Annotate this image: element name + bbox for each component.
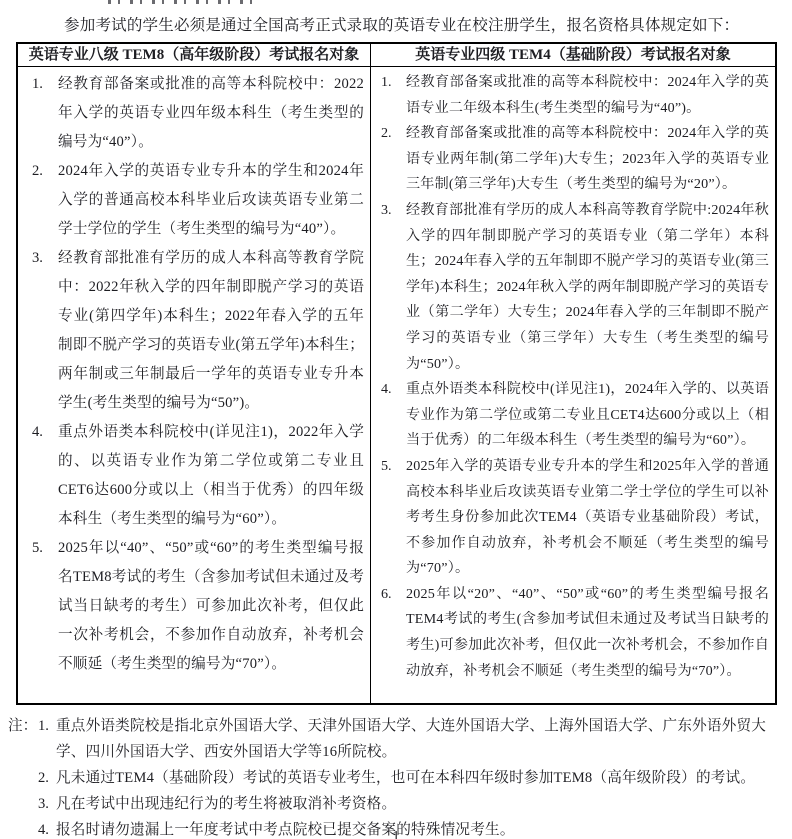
item-text: 经教育部备案或批准的高等本科院校中：2022年入学的英语专业四年级本科生（考生类… <box>58 70 364 157</box>
notes-label: 注： <box>8 713 38 839</box>
note-item-3: 3. 凡在考试中出现违纪行为的考生将被取消补考资格。 <box>38 791 777 817</box>
note-text: 凡未通过TEM4（基础阶段）考试的英语专业考生，也可在本科四年级时参加TEM8（… <box>56 765 777 791</box>
tem8-column-header: 英语专业八级 TEM8（高年级阶段）考试报名对象 <box>18 44 370 67</box>
item-number: 4. <box>32 418 58 447</box>
item-number: 2. <box>381 121 406 147</box>
note-item-2: 2. 凡未通过TEM4（基础阶段）考试的英语专业考生，也可在本科四年级时参加TE… <box>38 765 777 791</box>
tem8-column: 英语专业八级 TEM8（高年级阶段）考试报名对象 1. 经教育部备案或批准的高等… <box>18 44 371 703</box>
notes-section: 注： 1. 重点外语类院校是指北京外国语大学、天津外国语大学、大连外国语大学、上… <box>8 713 777 839</box>
item-text: 重点外语类本科院校中(详见注1)，2024年入学的、以英语专业作为第二学位或第二… <box>406 377 769 454</box>
tem4-item-2: 2. 经教育部备案或批准的高等本科院校中：2024年入学的英语专业两年制(第二学… <box>371 121 769 198</box>
note-number: 3. <box>38 791 56 817</box>
note-number: 1. <box>38 713 56 739</box>
document-page: 参加考试的学生必须是通过全国高考正式录取的英语专业在校注册学生，报名资格具体规定… <box>0 0 792 839</box>
item-text: 2024年入学的英语专业专升本的学生和2024年入学的普通高校本科毕业后攻读英语… <box>58 157 364 244</box>
note-text: 凡在考试中出现违纪行为的考生将被取消补考资格。 <box>56 791 777 817</box>
tem8-item-3: 3. 经教育部批准有学历的成人本科高等教育学院中：2022年秋入学的四年制即脱产… <box>18 244 364 418</box>
tem4-item-5: 5. 2025年入学的英语专业专升本的学生和2025年入学的普通高校本科毕业后攻… <box>371 454 769 582</box>
clipped-heading-fragment <box>108 0 258 4</box>
item-text: 2025年入学的英语专业专升本的学生和2025年入学的普通高校本科毕业后攻读英语… <box>406 454 769 582</box>
tem4-column: 英语专业四级 TEM4（基础阶段）考试报名对象 1. 经教育部备案或批准的高等本… <box>371 44 775 703</box>
item-number: 2. <box>32 157 58 186</box>
tem4-column-header: 英语专业四级 TEM4（基础阶段）考试报名对象 <box>371 44 775 67</box>
tem8-item-2: 2. 2024年入学的英语专业专升本的学生和2024年入学的普通高校本科毕业后攻… <box>18 157 364 244</box>
tem8-item-1: 1. 经教育部备案或批准的高等本科院校中：2022年入学的英语专业四年级本科生（… <box>18 70 364 157</box>
page-number: 1 <box>0 828 792 839</box>
intro-paragraph: 参加考试的学生必须是通过全国高考正式录取的英语专业在校注册学生，报名资格具体规定… <box>16 14 777 38</box>
tem4-item-list: 1. 经教育部备案或批准的高等本科院校中：2024年入学的英语专业二年级本科生(… <box>371 67 775 703</box>
item-text: 重点外语类本科院校中(详见注1)，2022年入学的、以英语专业作为第二学位或第二… <box>58 418 364 534</box>
item-number: 3. <box>381 198 406 224</box>
tem4-item-3: 3. 经教育部批准有学历的成人本科高等教育学院中:2024年秋入学的四年制即脱产… <box>371 198 769 377</box>
item-number: 4. <box>381 377 406 403</box>
item-text: 经教育部备案或批准的高等本科院校中：2024年入学的英语专业二年级本科生(考生类… <box>406 70 769 121</box>
item-number: 3. <box>32 244 58 273</box>
item-text: 2025年以“20”、“40”、“50”或“60”的考生类型编号报名TEM4考试… <box>406 582 769 684</box>
item-number: 5. <box>32 534 58 563</box>
tem4-item-1: 1. 经教育部备案或批准的高等本科院校中：2024年入学的英语专业二年级本科生(… <box>371 70 769 121</box>
item-number: 5. <box>381 454 406 480</box>
registration-eligibility-table: 英语专业八级 TEM8（高年级阶段）考试报名对象 1. 经教育部备案或批准的高等… <box>16 42 777 705</box>
tem8-item-5: 5. 2025年以“40”、“50”或“60”的考生类型编号报名TEM8考试的考… <box>18 534 364 679</box>
note-number: 2. <box>38 765 56 791</box>
tem4-item-4: 4. 重点外语类本科院校中(详见注1)，2024年入学的、以英语专业作为第二学位… <box>371 377 769 454</box>
item-number: 6. <box>381 582 406 608</box>
item-number: 1. <box>381 70 406 96</box>
notes-list: 1. 重点外语类院校是指北京外国语大学、天津外国语大学、大连外国语大学、上海外国… <box>38 713 777 839</box>
note-text: 重点外语类院校是指北京外国语大学、天津外国语大学、大连外国语大学、上海外国语大学… <box>56 713 777 765</box>
note-item-1: 1. 重点外语类院校是指北京外国语大学、天津外国语大学、大连外国语大学、上海外国… <box>38 713 777 765</box>
item-text: 经教育部备案或批准的高等本科院校中：2024年入学的英语专业两年制(第二学年)大… <box>406 121 769 198</box>
tem8-item-4: 4. 重点外语类本科院校中(详见注1)，2022年入学的、以英语专业作为第二学位… <box>18 418 364 534</box>
tem8-item-list: 1. 经教育部备案或批准的高等本科院校中：2022年入学的英语专业四年级本科生（… <box>18 67 370 703</box>
item-text: 经教育部批准有学历的成人本科高等教育学院中：2022年秋入学的四年制即脱产学习的… <box>58 244 364 418</box>
item-text: 2025年以“40”、“50”或“60”的考生类型编号报名TEM8考试的考生（含… <box>58 534 364 679</box>
tem4-item-6: 6. 2025年以“20”、“40”、“50”或“60”的考生类型编号报名TEM… <box>371 582 769 684</box>
item-text: 经教育部批准有学历的成人本科高等教育学院中:2024年秋入学的四年制即脱产学习的… <box>406 198 769 377</box>
item-number: 1. <box>32 70 58 99</box>
